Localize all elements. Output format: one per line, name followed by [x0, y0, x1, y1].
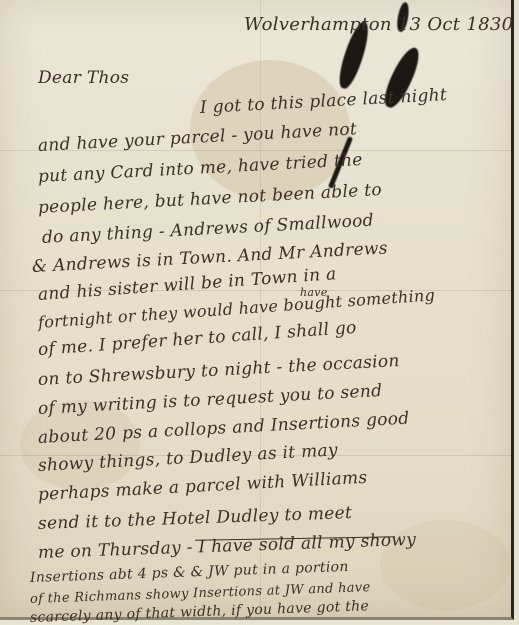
letter-line: send it to the Hotel Dudley to meet	[38, 503, 353, 534]
letter-place-date: Wolverhampton 13 Oct 1830	[244, 14, 513, 35]
letter-line: me on Thursday - I have sold all my show…	[38, 530, 417, 563]
letter-page: Wolverhampton 13 Oct 1830 Dear Thos I go…	[0, 0, 514, 620]
letter-salutation: Dear Thos	[38, 68, 129, 88]
